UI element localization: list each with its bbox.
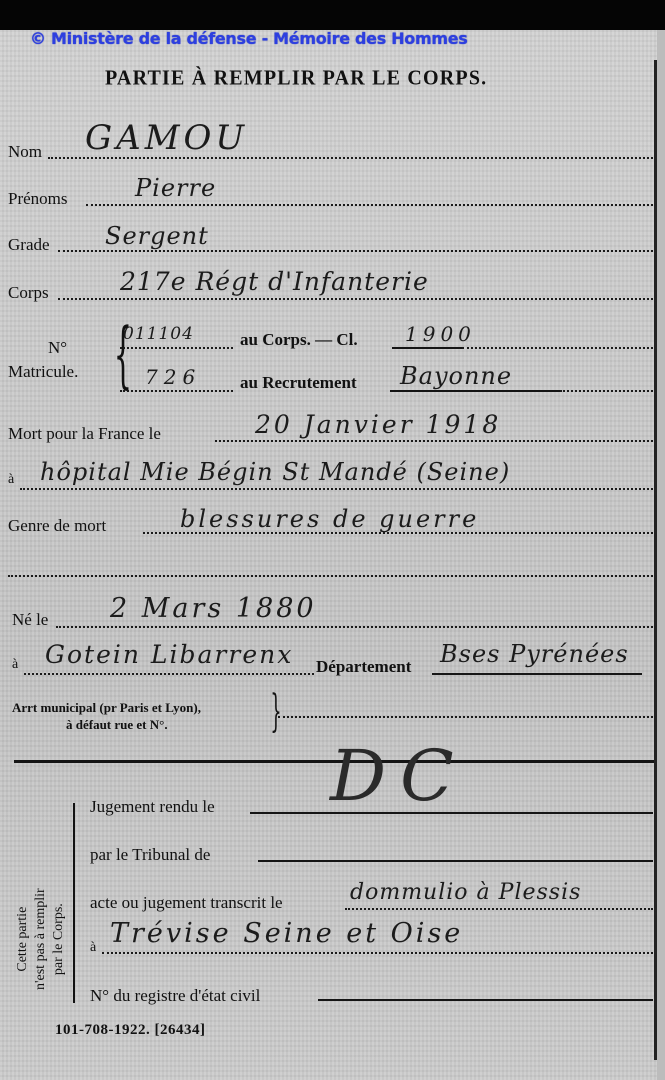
ne-a-value: Gotein Libarrenx (45, 640, 293, 669)
transcrit-line (345, 908, 653, 910)
matricule-corps-line (120, 347, 233, 349)
corps-line (58, 298, 653, 300)
ne-a-line (24, 673, 314, 675)
tribunal-label: par le Tribunal de (90, 845, 210, 865)
side-note-line-3: par le Corps. (50, 888, 68, 990)
matricule-label: Matricule. (8, 362, 78, 382)
grade-value: Sergent (105, 222, 209, 250)
corps-value: 217e Régt d'Infanterie (120, 267, 429, 296)
matricule-recrutement-no: 726 (145, 365, 201, 389)
departement-label: Département (316, 657, 411, 677)
corps-label: Corps (8, 283, 49, 303)
arr-municipal-brace: } (270, 690, 281, 734)
ne-le-line (56, 626, 653, 628)
transcrit-label: acte ou jugement transcrit le (90, 893, 283, 913)
ne-a-label: à (12, 657, 18, 673)
side-bracket (73, 803, 75, 1003)
card-border-right (654, 60, 657, 1060)
classe-line-solid (392, 347, 462, 349)
mort-a-value: hôpital Mie Bégin St Mandé (Seine) (40, 458, 510, 486)
transcrit-value: dommulio à Plessis (350, 880, 581, 905)
classe-line (462, 347, 653, 349)
registre-label: N° du registre d'état civil (90, 986, 260, 1006)
prenoms-value: Pierre (135, 174, 216, 202)
mort-a-line (20, 488, 653, 490)
grade-line (58, 250, 653, 252)
matricule-corps-label: au Corps. — Cl. (240, 330, 358, 350)
ne-le-label: Né le (12, 610, 48, 630)
arr-municipal-label-1: Arrt municipal (pr Paris et Lyon), (12, 700, 201, 716)
side-note: Cette partie n'est pas à remplir par le … (14, 888, 68, 990)
transcrit-a-line (102, 952, 653, 954)
arr-municipal-label-2: à défaut rue et N°. (66, 717, 168, 733)
nom-value: GAMOU (85, 118, 248, 158)
matricule-label-no: N° (48, 338, 67, 358)
dc-stamp: DC (330, 735, 468, 817)
recrutement-label: au Recrutement (240, 373, 357, 393)
transcrit-a-label: à (90, 940, 96, 956)
genre-mort-value: blessures de guerre (180, 505, 479, 533)
mort-le-label: Mort pour la France le (8, 424, 161, 444)
tribunal-line (258, 860, 653, 862)
prenoms-line (86, 204, 653, 206)
blank-line (8, 575, 653, 577)
registre-line (318, 999, 653, 1001)
jugement-rendu-label: Jugement rendu le (90, 797, 215, 817)
departement-value: Bses Pyrénées (440, 640, 629, 668)
ne-le-value: 2 Mars 1880 (110, 593, 317, 624)
transcrit-a-value: Trévise Seine et Oise (110, 918, 463, 949)
nom-label: Nom (8, 142, 42, 162)
side-note-line-1: Cette partie (14, 888, 32, 990)
mort-le-line (215, 440, 653, 442)
recrutement-value: Bayonne (400, 362, 512, 390)
arr-municipal-line (278, 716, 653, 718)
classe-value: 1900 (405, 322, 476, 346)
card-edge (657, 30, 665, 1080)
prenoms-label: Prénoms (8, 189, 68, 209)
departement-line (432, 673, 642, 675)
mort-le-value: 20 Janvier 1918 (255, 410, 501, 439)
matricule-recrutement-line (120, 390, 233, 392)
copyright-watermark: © Ministère de la défense - Mémoire des … (30, 29, 468, 48)
page-title: PARTIE À REMPLIR PAR LE CORPS. (105, 66, 487, 90)
recrutement-line-solid (390, 390, 560, 392)
jugement-rendu-line (250, 812, 653, 814)
side-note-line-2: n'est pas à remplir (32, 888, 50, 990)
print-reference: 101-708-1922. [26434] (55, 1022, 205, 1039)
grade-label: Grade (8, 235, 50, 255)
genre-mort-label: Genre de mort (8, 516, 106, 536)
recrutement-line (560, 390, 653, 392)
mort-a-label: à (8, 472, 14, 488)
matricule-corps-no: 011104 (123, 324, 194, 344)
